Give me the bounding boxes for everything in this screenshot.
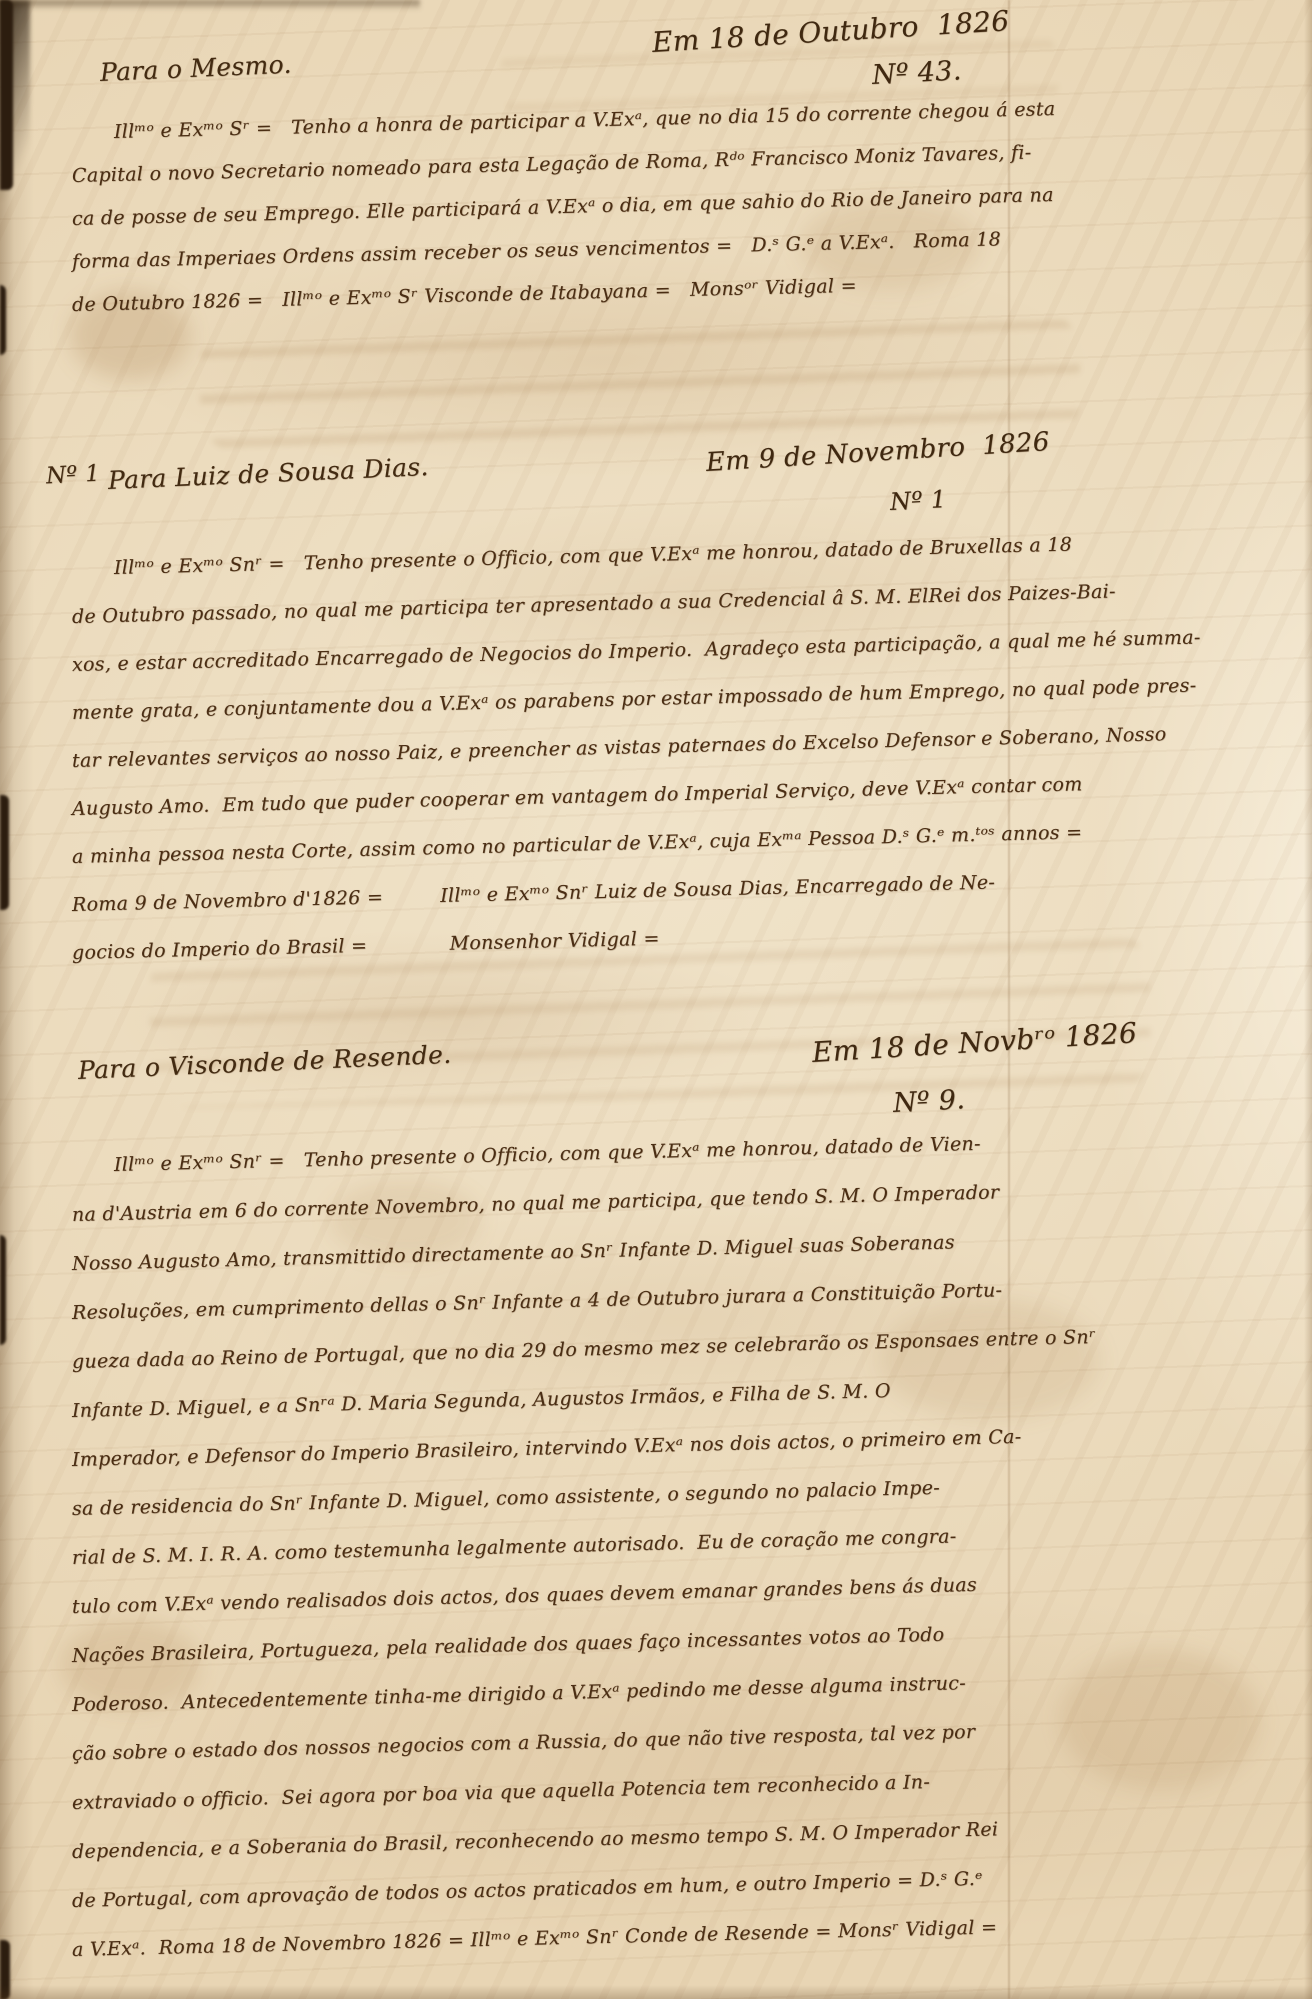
right-edge-shadow	[1304, 0, 1312, 1999]
letter-3-body: Illᵐᵒ e Exᵐᵒ Snʳ = Tenho presente o Offi…	[72, 1142, 1096, 1975]
letter-3-number: Nº 9.	[892, 1084, 966, 1119]
letter-1-number: Nº 43.	[871, 55, 962, 91]
bottom-edge-shadow	[0, 1985, 1312, 1999]
letter-1-body: Illᵐᵒ e Exᵐᵒ Sʳ = Tenho a honra de parti…	[72, 112, 1056, 327]
letter-2-body: Illᵐᵒ e Exᵐᵒ Snʳ = Tenho presente o Offi…	[72, 545, 1201, 977]
edge-tear	[0, 1235, 6, 1345]
top-edge-shadow	[0, 0, 420, 10]
letter-2-margin-number: Nº 1	[45, 461, 100, 490]
edge-tear	[0, 285, 6, 355]
edge-tear	[0, 0, 13, 190]
manuscript-page: Para o Mesmo. Em 18 de Outubro 1826 Nº 4…	[0, 0, 1312, 1999]
letter-2-number: Nº 1	[889, 485, 947, 516]
edge-tear	[0, 795, 9, 910]
